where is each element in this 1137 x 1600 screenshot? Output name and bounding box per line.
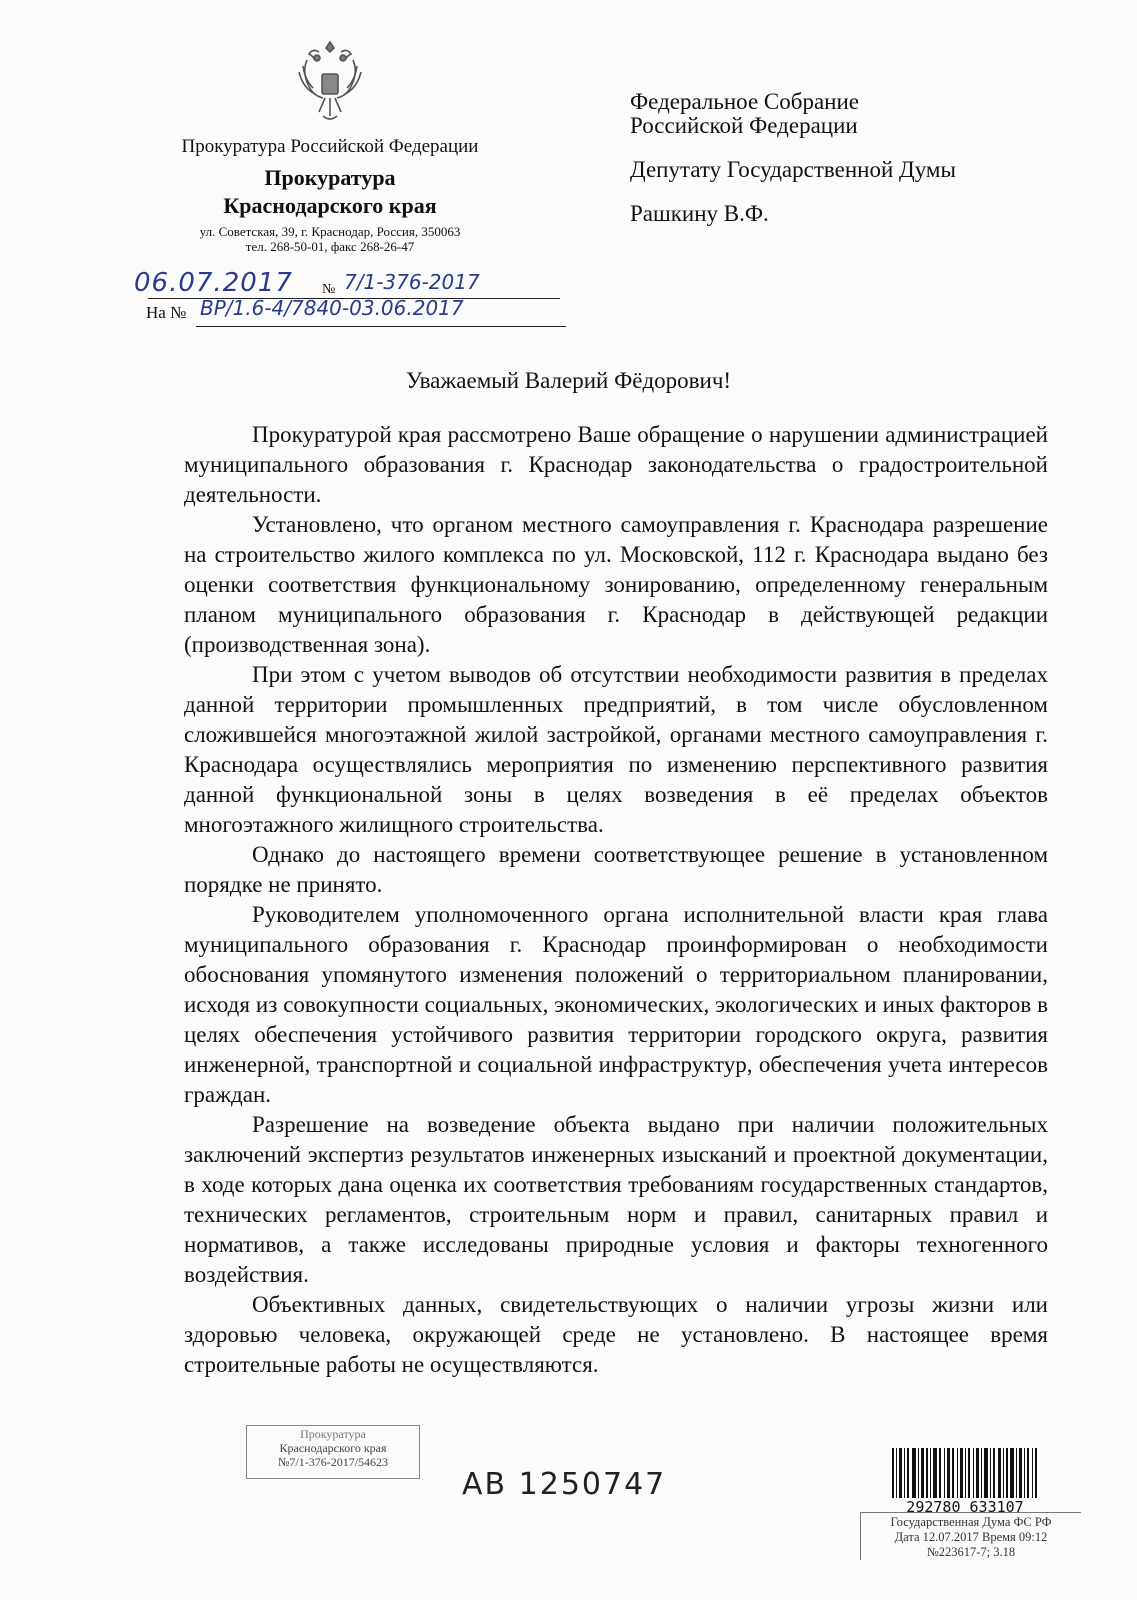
sender-header: Прокуратура Российской Федерации Прокура…: [130, 38, 530, 254]
addressee-block: Федеральное Собрание Российской Федераци…: [630, 90, 956, 226]
registration-line: №223617-7; 3.18: [861, 1545, 1081, 1560]
addressee-line: Федеральное Собрание: [630, 90, 956, 114]
duma-registration-stamp: Государственная Дума ФС РФ Дата 12.07.20…: [860, 1512, 1081, 1560]
org-phone: тел. 268-50-01, факс 268-26-47: [130, 239, 530, 254]
addressee-line: Рашкину В.Ф.: [630, 202, 956, 226]
paragraph: Установлено, что органом местного самоуп…: [184, 510, 1048, 660]
addressee-line: Российской Федерации: [630, 114, 956, 138]
registration-line: Дата 12.07.2017 Время 09:12: [861, 1530, 1081, 1545]
letter-body: Прокуратурой края рассмотрено Ваше обращ…: [184, 420, 1048, 1380]
paragraph: Руководителем уполномоченного органа исп…: [184, 900, 1048, 1110]
paragraph: Однако до настоящего времени соответству…: [184, 840, 1048, 900]
org-regional-name-line2: Краснодарского края: [130, 192, 530, 220]
reference-underline: [196, 326, 566, 327]
org-regional-name-line1: Прокуратура: [130, 164, 530, 192]
paragraph: Прокуратурой края рассмотрено Ваше обращ…: [184, 420, 1048, 510]
org-address: ул. Советская, 39, г. Краснодар, Россия,…: [130, 224, 530, 239]
serial-number: АВ 1250747: [462, 1467, 666, 1502]
barcode-block: 292780 633107: [890, 1448, 1050, 1516]
outgoing-number: 7/1-376-2017: [344, 270, 480, 294]
paragraph: При этом с учетом выводов об отсутствии …: [184, 660, 1048, 840]
paragraph: Объективных данных, свидетельствующих о …: [184, 1290, 1048, 1380]
salutation: Уважаемый Валерий Фёдорович!: [0, 368, 1137, 394]
handwritten-date: 06.07.2017: [134, 268, 293, 298]
org-federal-name: Прокуратура Российской Федерации: [130, 136, 530, 158]
reference-number-label: На №: [146, 303, 186, 323]
stamp-line: Прокуратура: [247, 1427, 419, 1441]
document-page: Прокуратура Российской Федерации Прокура…: [0, 0, 1137, 1600]
registration-stamp: Прокуратура Краснодарского края №7/1-376…: [246, 1425, 420, 1479]
addressee-line: Депутату Государственной Думы: [630, 158, 956, 182]
reference-number: ВР/1.6-4/7840-03.06.2017: [200, 296, 464, 320]
barcode-icon: [890, 1448, 1040, 1498]
stamp-line: №7/1-376-2017/54623: [247, 1455, 419, 1469]
paragraph: Разрешение на возведение объекта выдано …: [184, 1110, 1048, 1290]
registration-line: Государственная Дума ФС РФ: [861, 1515, 1081, 1530]
coat-of-arms-icon: [295, 38, 365, 130]
stamp-line: Краснодарского края: [247, 1441, 419, 1455]
